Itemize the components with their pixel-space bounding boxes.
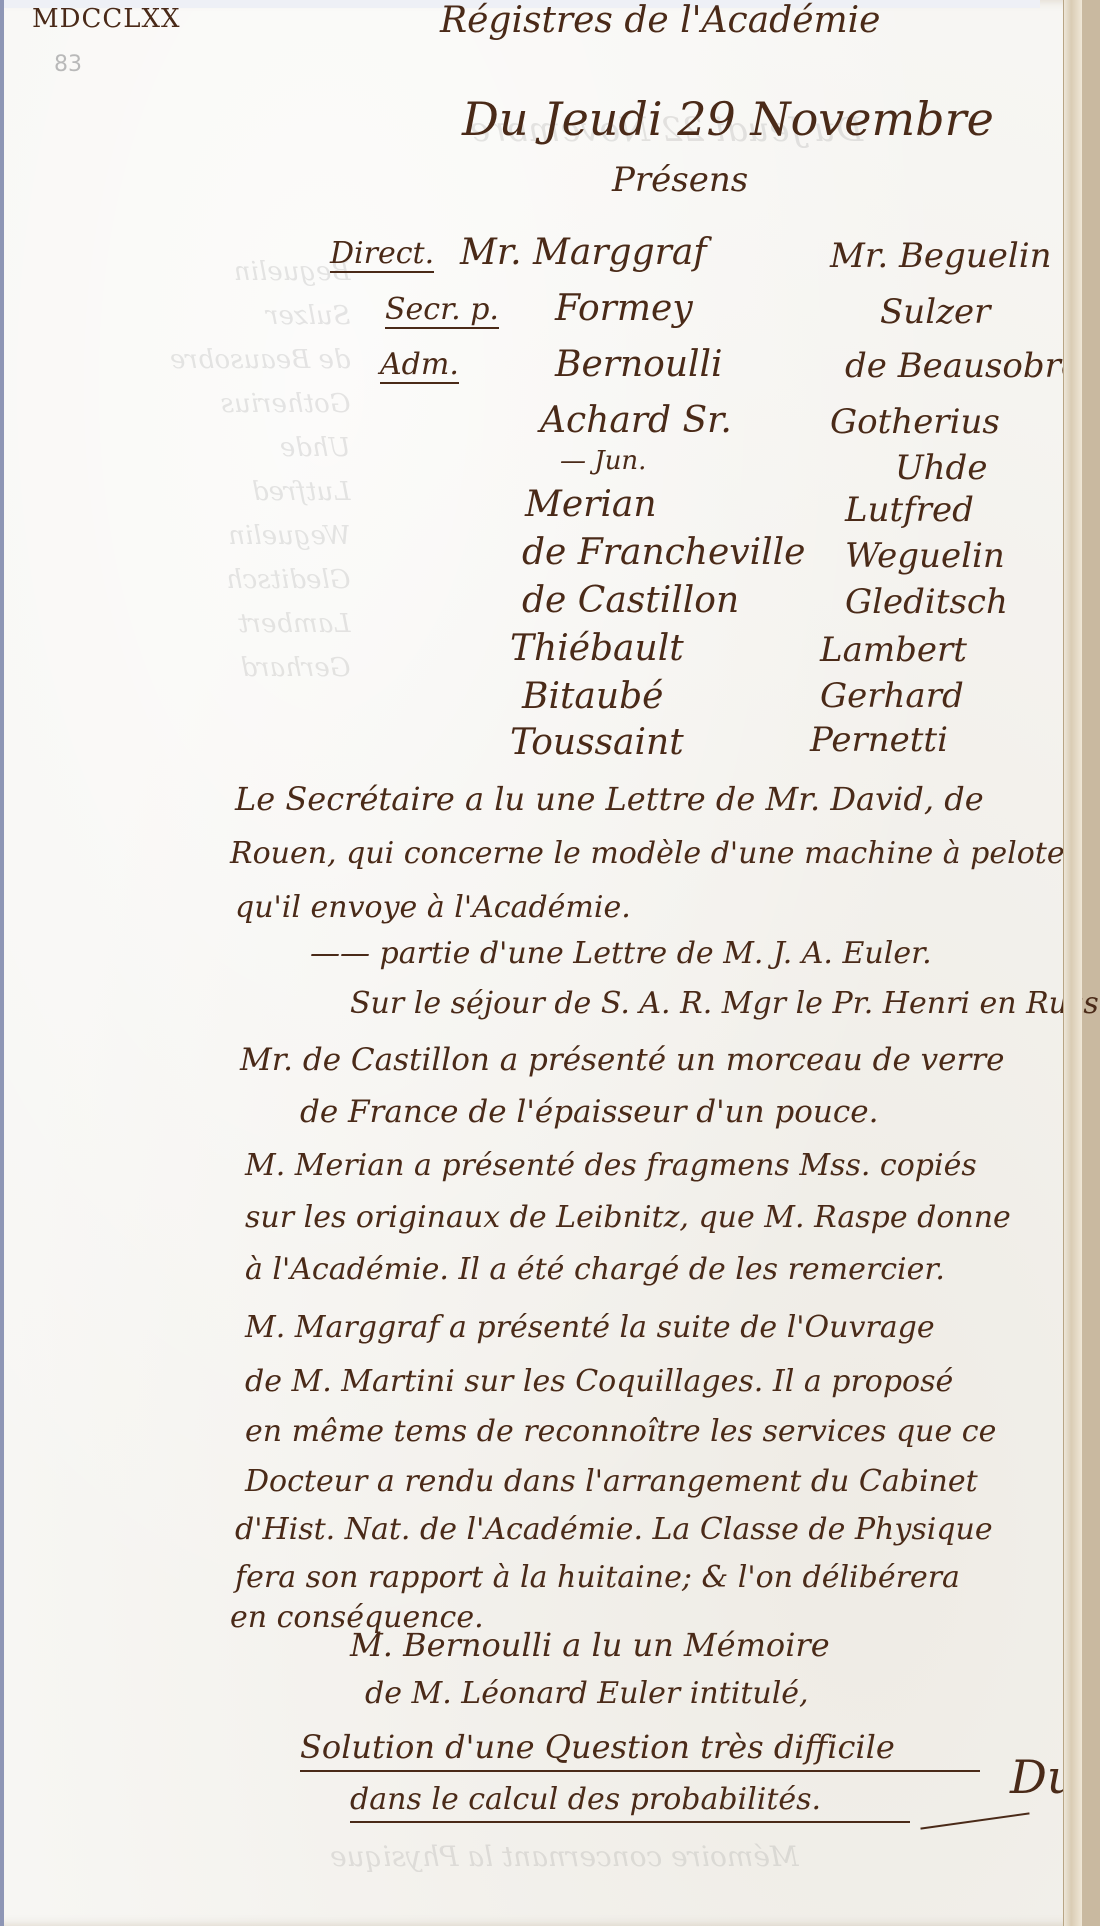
role-administrator: Adm.: [380, 347, 459, 384]
attendee-name: Bitaubé: [522, 676, 663, 717]
minute-line: M. Bernoulli a lu un Mémoire: [350, 1626, 830, 1664]
minute-line: Mr. de Castillon a présenté un morceau d…: [240, 1042, 1004, 1078]
attendee-name: Gerhard: [820, 676, 964, 716]
role-secretary: Secr. p.: [385, 292, 499, 329]
attendee-name: Mr. Marggraf: [460, 232, 707, 273]
page-gutter-edge: [1063, 0, 1082, 1926]
scan-left-edge: [0, 0, 4, 1926]
presens-heading: Présens: [612, 160, 748, 200]
bleed-through-text: Mémoire concernant la Physique: [330, 1840, 799, 1873]
minute-line: —— partie d'une Lettre de M. J. A. Euler…: [310, 936, 932, 971]
minute-line: d'Hist. Nat. de l'Académie. La Classe de…: [235, 1512, 993, 1547]
minute-line: Le Secrétaire a lu une Lettre de Mr. Dav…: [235, 780, 984, 818]
memoir-title-line: dans le calcul des probabilités.: [350, 1782, 910, 1823]
memoir-title-line: Solution d'une Question très difficile: [300, 1728, 980, 1772]
attendee-name: Lambert: [820, 630, 967, 670]
manuscript-page: Du Jeudi 22 Novembre BeguelinSulzerde Be…: [0, 0, 1082, 1926]
meeting-date: Du Jeudi 29 Novembre: [462, 92, 994, 146]
minute-line: de France de l'épaisseur d'un pouce.: [300, 1094, 878, 1130]
attendee-name: — Jun.: [560, 446, 646, 476]
attendee-name: Toussaint: [510, 722, 684, 763]
folio-pencil-number: 83: [54, 52, 82, 77]
attendee-name: Thiébault: [510, 628, 684, 669]
minute-line: de M. Martini sur les Coquillages. Il a …: [245, 1364, 953, 1399]
attendee-name: Bernoulli: [555, 344, 723, 385]
attendee-name: Gleditsch: [845, 582, 1008, 622]
attendee-name: Sulzer: [880, 292, 990, 332]
role-director: Direct.: [330, 236, 434, 273]
attendee-name: Gotherius: [830, 402, 1000, 442]
attendee-name: Uhde: [895, 448, 987, 488]
attendee-name: Pernetti: [810, 720, 948, 760]
attendee-name: Lutfred: [845, 490, 974, 530]
attendee-name: Formey: [555, 288, 693, 329]
attendee-name: de Beausobre: [845, 346, 1081, 386]
attendee-name: Merian: [525, 484, 657, 525]
year-heading: MDCCLXX: [32, 4, 181, 34]
minute-line: fera son rapport à la huitaine; & l'on d…: [235, 1560, 960, 1595]
minute-line: en même tems de reconnoître les services…: [245, 1414, 996, 1449]
minute-line: de M. Léonard Euler intitulé,: [365, 1676, 809, 1711]
minute-line: Sur le séjour de S. A. R. Mgr le Pr. Hen…: [350, 986, 1100, 1021]
register-title: Régistres de l'Académie: [440, 0, 880, 41]
attendee-name: Mr. Beguelin: [830, 236, 1051, 276]
attendee-name: de Castillon: [522, 580, 739, 621]
attendee-name: de Francheville: [522, 532, 805, 573]
minute-line: Rouen, qui concerne le modèle d'une mach…: [230, 836, 1079, 871]
minute-line: M. Merian a présenté des fragmens Mss. c…: [245, 1148, 977, 1183]
attendee-name: Weguelin: [845, 536, 1005, 576]
minute-line: qu'il envoye à l'Académie.: [235, 890, 631, 925]
minute-line: à l'Académie. Il a été chargé de les rem…: [245, 1252, 945, 1287]
minute-line: sur les originaux de Leibnitz, que M. Ra…: [245, 1200, 1011, 1235]
minute-line: M. Marggraf a présenté la suite de l'Ouv…: [245, 1310, 935, 1345]
bleed-through-text: BeguelinSulzerde BeausobreGotheriusUhdeL…: [170, 250, 351, 690]
attendee-name: Achard Sr.: [540, 400, 732, 441]
catchword-flourish: [920, 1812, 1029, 1829]
minute-line: Docteur a rendu dans l'arrangement du Ca…: [245, 1464, 978, 1499]
